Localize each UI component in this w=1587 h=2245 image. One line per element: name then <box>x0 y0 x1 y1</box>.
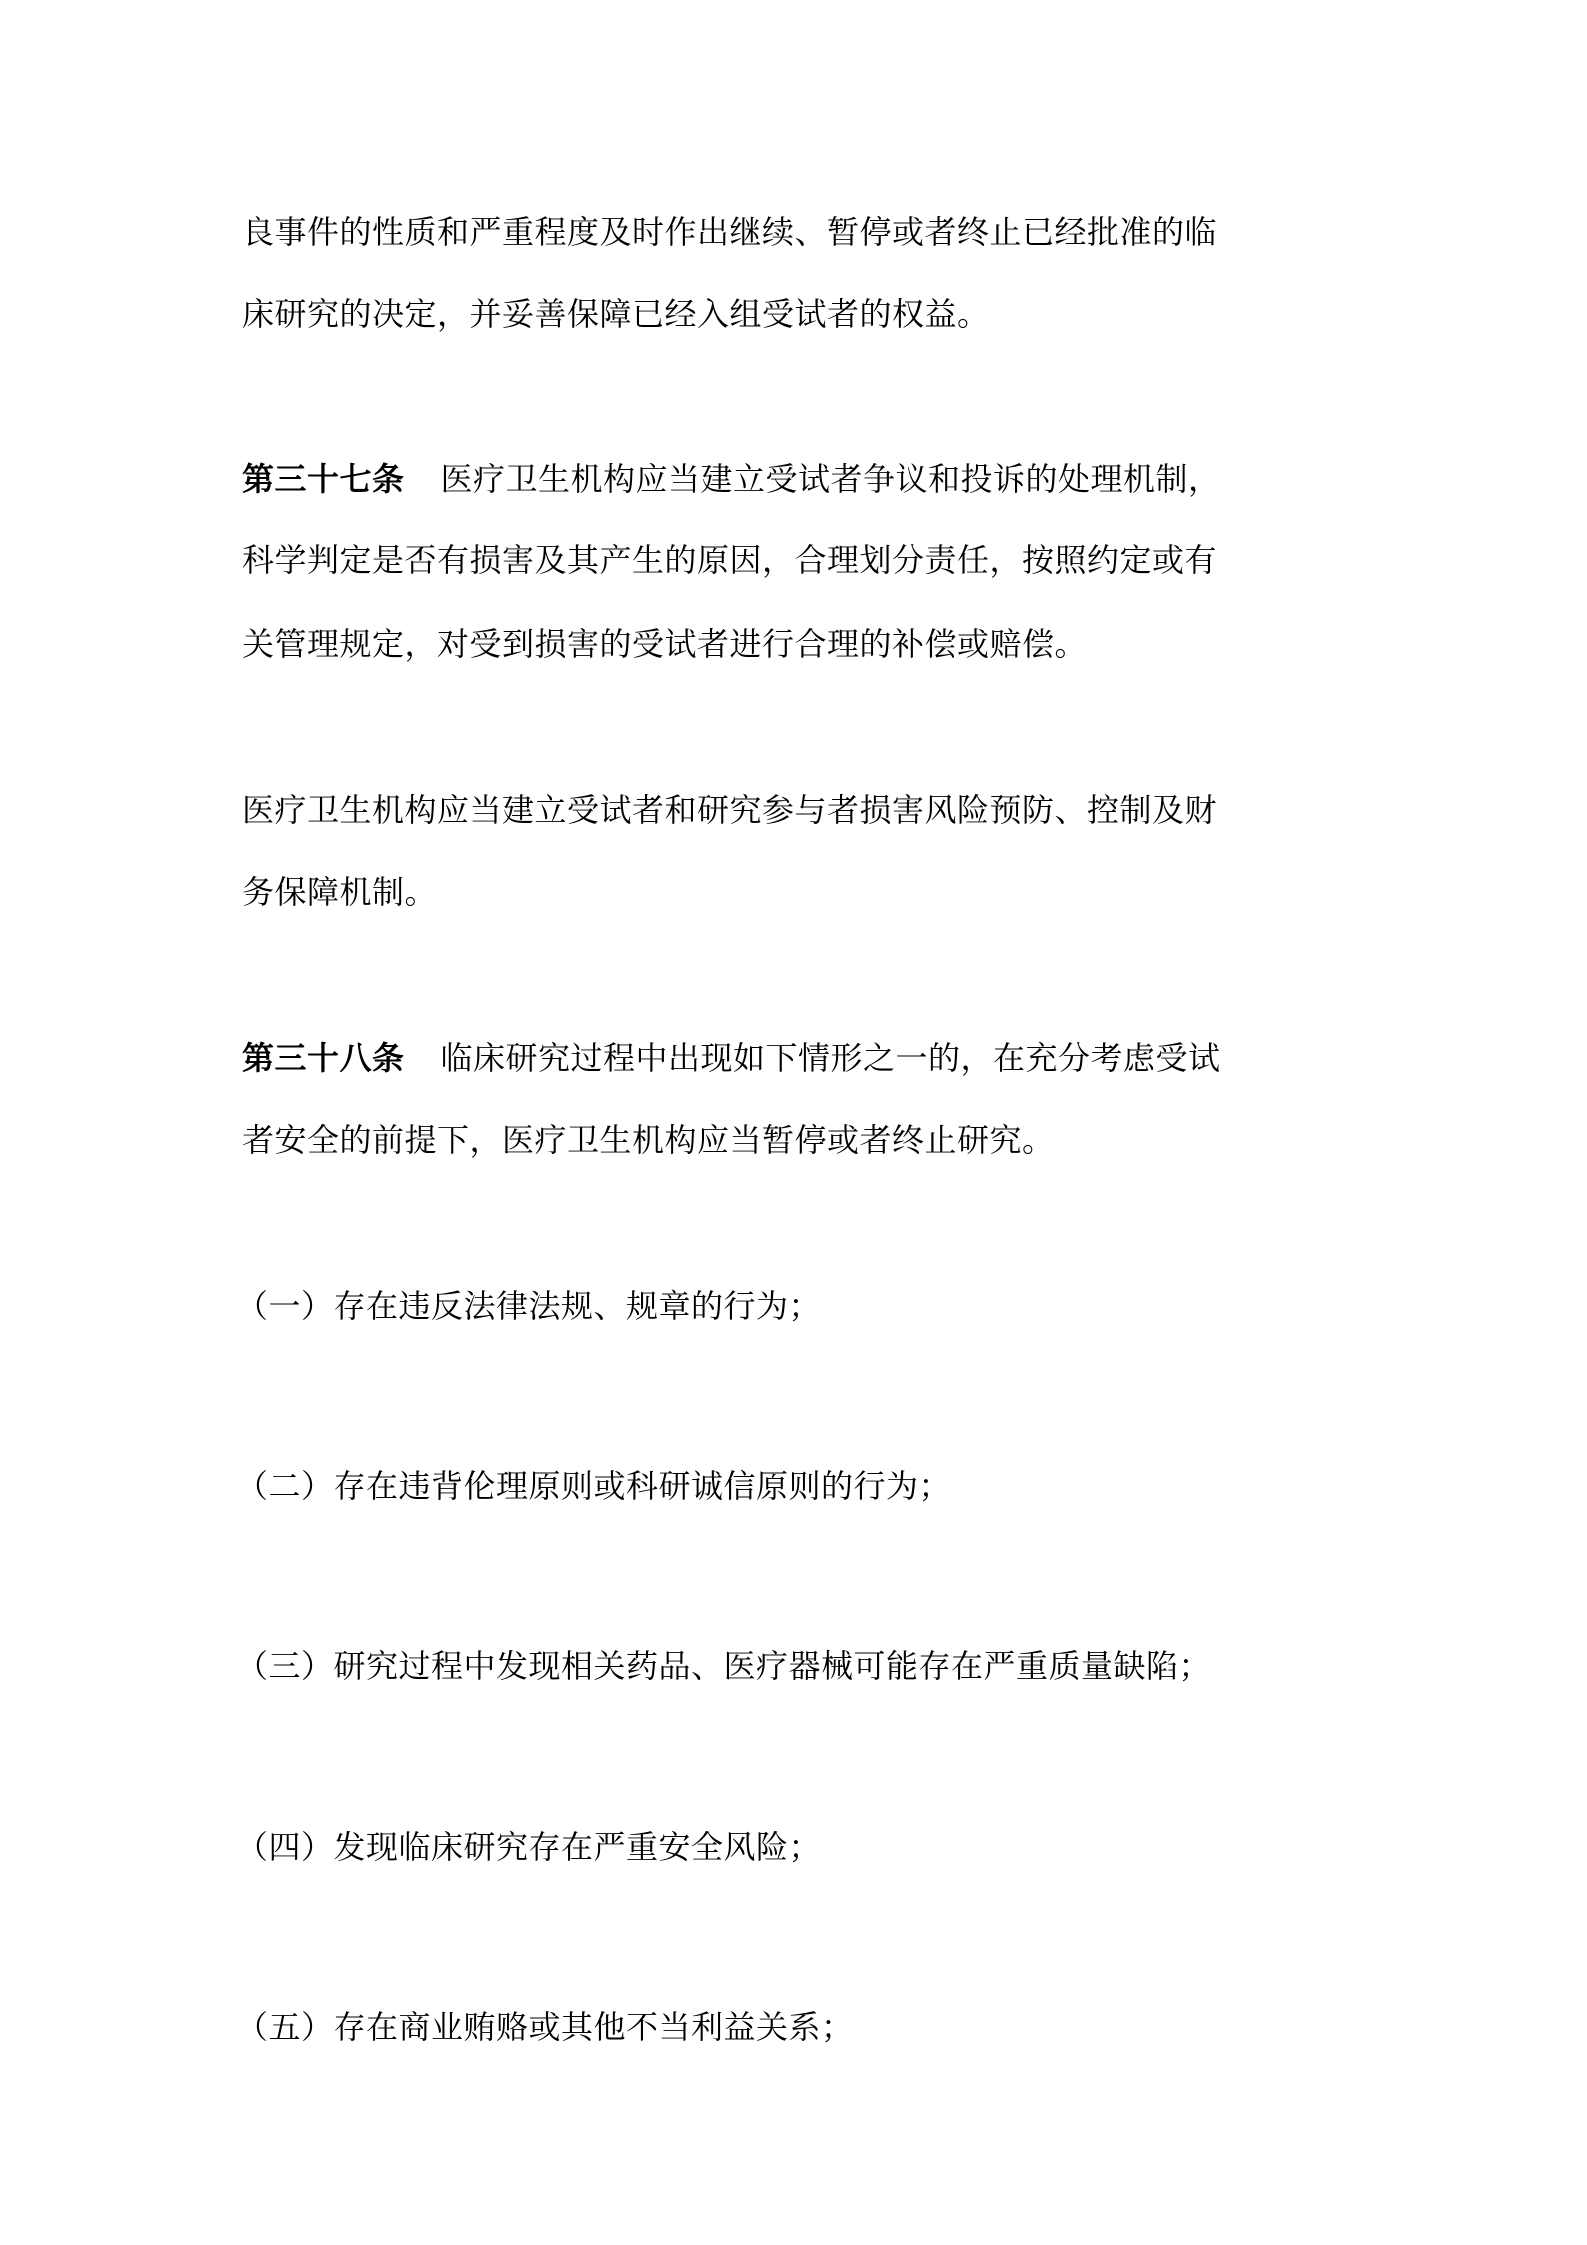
paragraph-continuation-line-2: 床研究的决定，并妥善保障已经入组受试者的权益。 <box>242 294 1352 334</box>
document-page: 良事件的性质和严重程度及时作出继续、暂停或者终止已经批准的临 床研究的决定，并妥… <box>0 0 1587 2245</box>
body-paragraph-line-1: 医疗卫生机构应当建立受试者和研究参与者损害风险预防、控制及财 <box>242 790 1352 830</box>
article-37-label: 第三十七条 <box>242 460 405 498</box>
article-37-text: 医疗卫生机构应当建立受试者争议和投诉的处理机制， <box>441 460 1221 498</box>
article-38-line-2: 者安全的前提下，医疗卫生机构应当暂停或者终止研究。 <box>242 1120 1352 1160</box>
list-item-3: （三）研究过程中发现相关药品、医疗器械可能存在严重质量缺陷； <box>236 1646 1346 1686</box>
article-37-line-3: 关管理规定，对受到损害的受试者进行合理的补偿或赔偿。 <box>242 624 1352 664</box>
list-item-4: （四）发现临床研究存在严重安全风险； <box>236 1827 1346 1867</box>
article-37-line-1: 第三十七条医疗卫生机构应当建立受试者争议和投诉的处理机制， <box>242 459 1352 499</box>
article-37-line-2: 科学判定是否有损害及其产生的原因，合理划分责任，按照约定或有 <box>242 540 1352 580</box>
article-38-label: 第三十八条 <box>242 1039 405 1077</box>
paragraph-continuation-line-1: 良事件的性质和严重程度及时作出继续、暂停或者终止已经批准的临 <box>242 212 1352 252</box>
article-38-line-1: 第三十八条临床研究过程中出现如下情形之一的，在充分考虑受试 <box>242 1038 1352 1078</box>
body-paragraph-line-2: 务保障机制。 <box>242 872 1352 912</box>
article-38-text: 临床研究过程中出现如下情形之一的，在充分考虑受试 <box>441 1039 1221 1077</box>
list-item-5: （五）存在商业贿赂或其他不当利益关系； <box>236 2007 1346 2047</box>
list-item-1: （一）存在违反法律法规、规章的行为； <box>236 1286 1346 1326</box>
list-item-2: （二）存在违背伦理原则或科研诚信原则的行为； <box>236 1466 1346 1506</box>
